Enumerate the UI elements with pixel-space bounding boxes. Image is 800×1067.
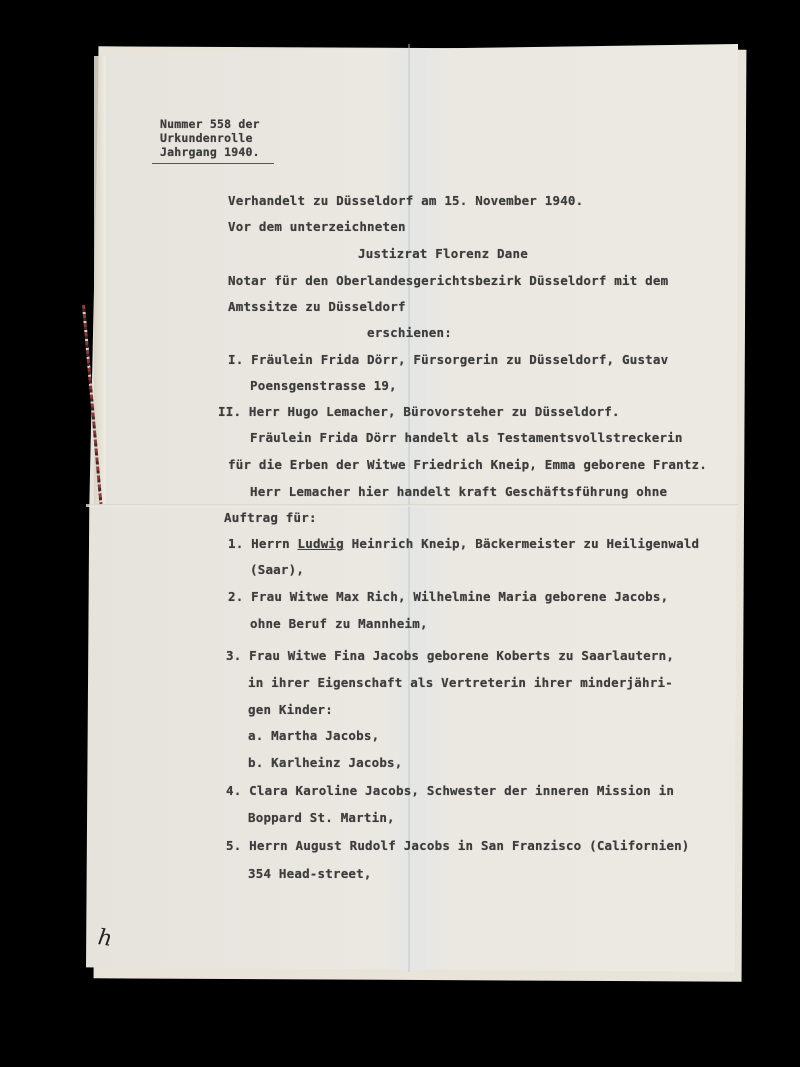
body-line: Notar für den Oberlandesgerichtsbezirk D… <box>228 273 668 288</box>
body-line: erschienen: <box>367 325 452 340</box>
header-underline <box>152 163 274 164</box>
body-line: für die Erben der Witwe Friedrich Kneip,… <box>228 457 707 472</box>
body-line: Amtssitze zu Düsseldorf <box>228 299 406 314</box>
list-line: a. Martha Jacobs, <box>248 728 379 743</box>
list-line: 1. Herrn Ludwig Heinrich Kneip, Bäckerme… <box>228 536 699 551</box>
list-line: in ihrer Eigenschaft als Vertreterin ihr… <box>248 675 673 690</box>
header-line: Urkundenrolle <box>160 131 260 145</box>
body-line: Vor dem unterzeichneten <box>228 219 406 234</box>
body-line: Auftrag für: <box>224 510 317 525</box>
body-line: Justizrat Florenz Dane <box>358 246 528 261</box>
underlined-name: Ludwig <box>298 536 344 551</box>
body-line: Herr Lemacher hier handelt kraft Geschäf… <box>250 484 667 499</box>
list-line: Boppard St. Martin, <box>248 810 395 825</box>
list-line: (Saar), <box>250 562 304 577</box>
body-line: I. Fräulein Frida Dörr, Fürsorgerin zu D… <box>228 352 668 367</box>
list-line: 4. Clara Karoline Jacobs, Schwester der … <box>226 783 674 798</box>
document-number-block: Nummer 558 der Urkundenrolle Jahrgang 19… <box>160 117 260 159</box>
body-line: Poensgenstrasse 19, <box>250 378 397 393</box>
document-page <box>86 44 738 972</box>
list-line: 354 Head-street, <box>248 866 372 881</box>
list-line: b. Karlheinz Jacobs, <box>248 755 403 770</box>
list-line-part: 1. Herrn <box>228 536 298 551</box>
vertical-fold <box>408 44 410 972</box>
list-line: 5. Herrn August Rudolf Jacobs in San Fra… <box>226 838 690 853</box>
list-line: ohne Beruf zu Mannheim, <box>250 616 428 631</box>
body-line: Verhandelt zu Düsseldorf am 15. November… <box>228 193 583 208</box>
horizontal-fold <box>86 504 738 507</box>
list-line: gen Kinder: <box>248 702 333 717</box>
list-line: 3. Frau Witwe Fina Jacobs geborene Kober… <box>226 648 674 663</box>
header-line: Nummer 558 der <box>160 117 260 131</box>
list-line: 2. Frau Witwe Max Rich, Wilhelmine Maria… <box>228 589 668 604</box>
list-line-part: Heinrich Kneip, Bäckermeister zu Heilige… <box>344 536 699 551</box>
body-line: II. Herr Hugo Lemacher, Bürovorsteher zu… <box>218 404 620 419</box>
body-line: Fräulein Frida Dörr handelt als Testamen… <box>250 430 683 445</box>
header-line: Jahrgang 1940. <box>160 145 260 159</box>
